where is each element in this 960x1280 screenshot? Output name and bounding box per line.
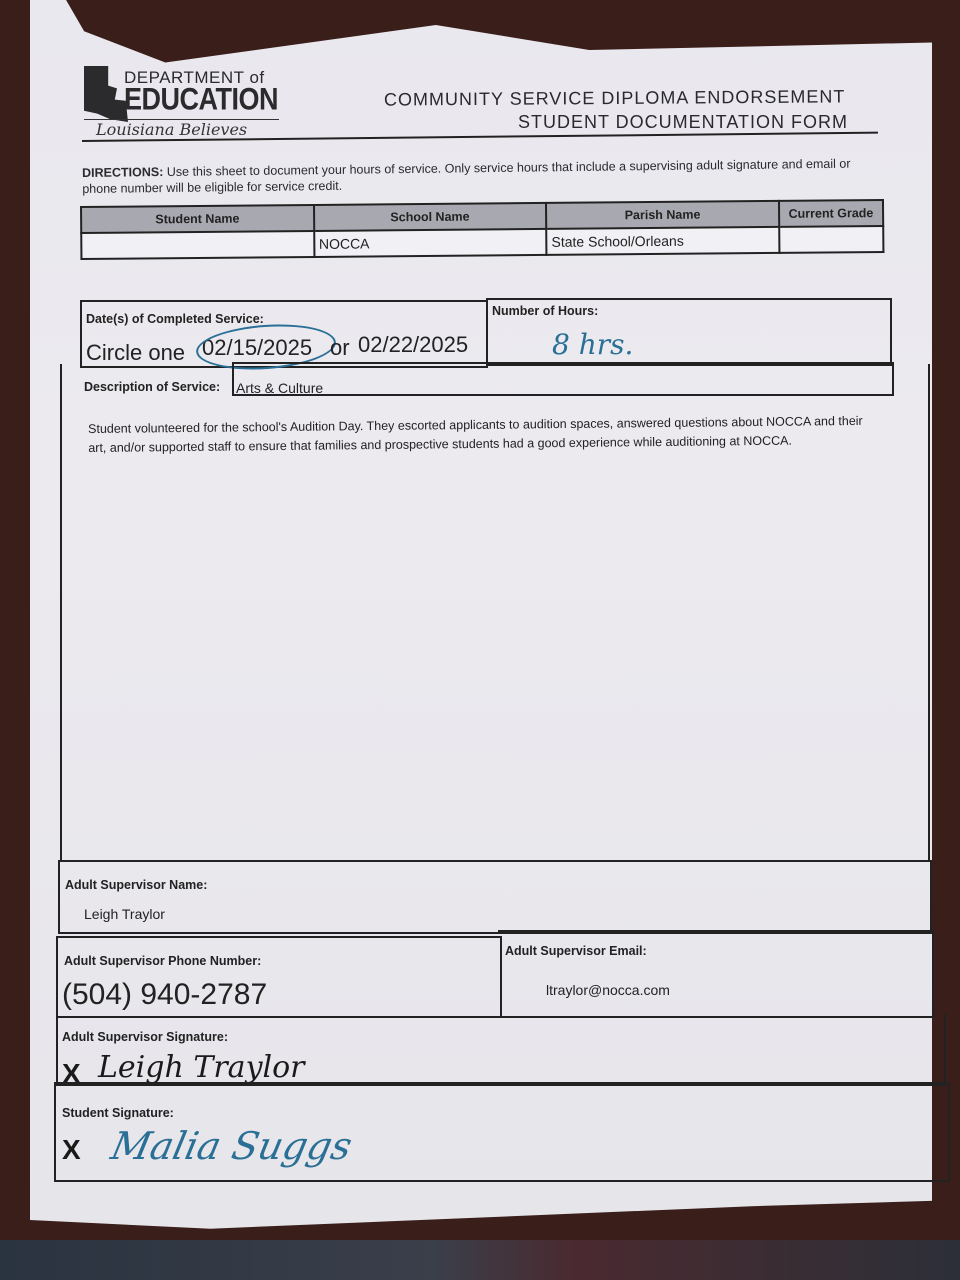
- description-category[interactable]: Arts & Culture: [236, 380, 323, 396]
- hours-value[interactable]: 8 hrs.: [552, 328, 633, 361]
- supervisor-email-value[interactable]: ltraylor@nocca.com: [546, 982, 670, 998]
- student-signature-x: X: [62, 1134, 81, 1166]
- logo-education-text: EDUCATION: [124, 82, 278, 118]
- supervisor-phone-value[interactable]: (504) 940-2787: [62, 978, 267, 1012]
- description-label: Description of Service:: [84, 380, 220, 394]
- directions-label: DIRECTIONS:: [82, 165, 163, 180]
- student-info-table: Student Name School Name Parish Name Cur…: [80, 199, 884, 260]
- supervisor-phone-label: Adult Supervisor Phone Number:: [64, 954, 261, 968]
- description-category-box[interactable]: [232, 362, 894, 396]
- supervisor-signature-label: Adult Supervisor Signature:: [62, 1030, 228, 1044]
- dates-label: Date(s) of Completed Service:: [86, 312, 264, 326]
- column-header-current-grade: Current Grade: [779, 200, 883, 227]
- school-name-field[interactable]: NOCCA: [314, 229, 547, 257]
- supervisor-name-box[interactable]: [58, 860, 932, 934]
- doe-logo: DEPARTMENT of EDUCATION Louisiana Believ…: [84, 64, 284, 144]
- table-surface: [0, 1240, 960, 1280]
- logo-tagline: Louisiana Believes: [96, 120, 247, 139]
- table-row: NOCCA State School/Orleans: [81, 226, 883, 259]
- current-grade-field[interactable]: [779, 226, 883, 253]
- louisiana-state-shape-icon: [84, 66, 128, 122]
- column-header-school-name: School Name: [314, 203, 547, 231]
- supervisor-email-label: Adult Supervisor Email:: [505, 944, 647, 958]
- circle-one-prefix: Circle one: [86, 340, 185, 366]
- column-header-student-name: Student Name: [81, 205, 314, 233]
- supervisor-name-value[interactable]: Leigh Traylor: [84, 906, 165, 922]
- parish-name-field[interactable]: State School/Orleans: [546, 227, 779, 255]
- student-signature: Malia Suggs: [107, 1124, 356, 1168]
- date-option-2[interactable]: 02/22/2025: [358, 332, 468, 358]
- form-title-line-2: STUDENT DOCUMENTATION FORM: [518, 112, 848, 133]
- form-title-line-1: COMMUNITY SERVICE DIPLOMA ENDORSEMENT: [384, 86, 846, 110]
- supervisor-name-label: Adult Supervisor Name:: [65, 878, 207, 892]
- column-header-parish-name: Parish Name: [546, 201, 779, 229]
- student-signature-label: Student Signature:: [62, 1106, 174, 1120]
- student-name-field[interactable]: [81, 231, 314, 259]
- supervisor-signature: Leigh Traylor: [98, 1050, 305, 1085]
- or-text: or: [330, 335, 350, 361]
- hours-label: Number of Hours:: [492, 304, 598, 318]
